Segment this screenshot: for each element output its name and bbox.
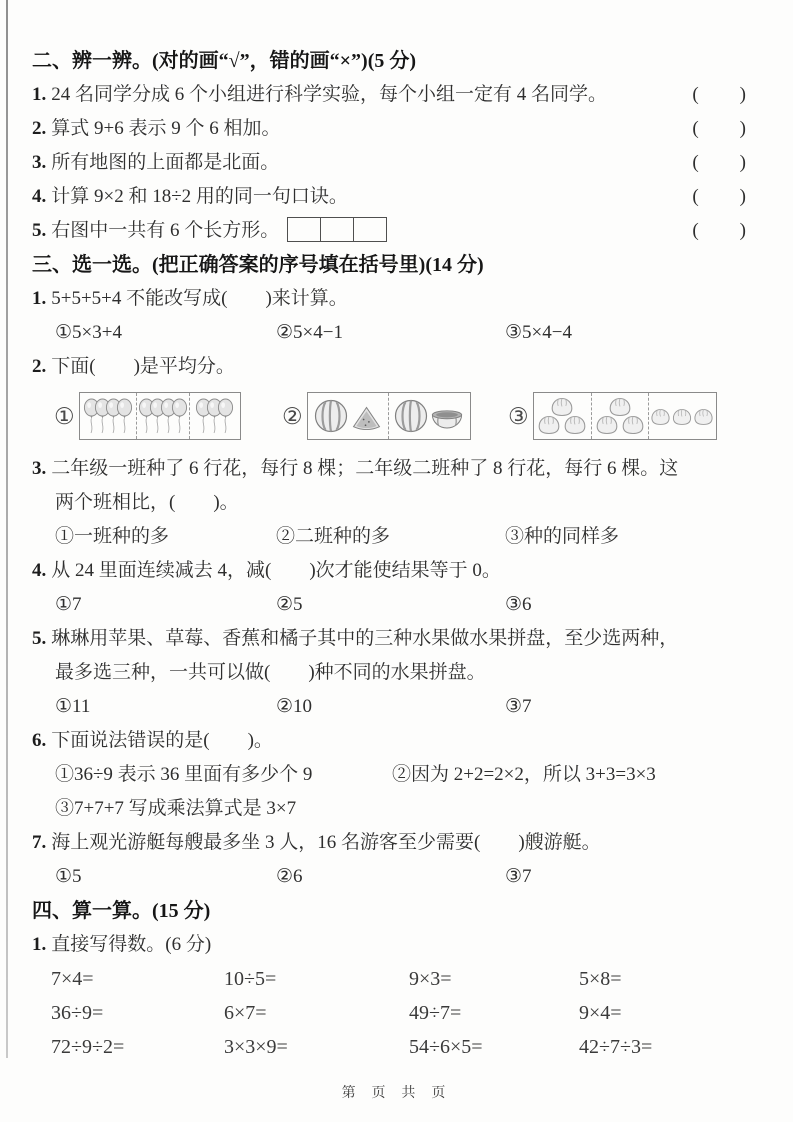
- bun-icon: [674, 410, 691, 425]
- picture-option-2: ②: [282, 392, 471, 440]
- mc-question-4: 4.从 24 里面连续减去 4，减( )次才能使结果等于 0。: [32, 554, 753, 588]
- question-text: 直接写得数。(6 分): [51, 934, 211, 955]
- watermelon-icon: [396, 401, 427, 432]
- mc-question-6: 6.下面说法错误的是( )。: [32, 724, 753, 758]
- question-number: 4.: [32, 560, 46, 581]
- mc-question-5: 5.琳琳用苹果、草莓、香蕉和橘子其中的三种水果做水果拼盘，至少选两种，: [32, 622, 753, 656]
- balloon-icon: [117, 399, 131, 433]
- answer-bracket: ( ): [692, 146, 747, 180]
- worksheet-content: 二、辨一辨。(对的画“√”，错的画“×”)(5 分) 1.24 名同学分成 6 …: [32, 44, 753, 1064]
- rectangles-diagram: [287, 217, 387, 242]
- question-text: 从 24 里面连续减去 4，减( )次才能使结果等于 0。: [51, 560, 501, 581]
- option-label: ①11: [55, 690, 90, 724]
- question-text: 所有地图的上面都是北面。: [51, 152, 279, 173]
- math-problem: 9×3=: [409, 962, 452, 996]
- option-label: ③5×4−4: [505, 316, 572, 350]
- tf-question-2: 2.算式 9+6 表示 9 个 6 相加。 ( ): [32, 112, 753, 146]
- scan-edge-line: [6, 0, 8, 1058]
- question-number: 1.: [32, 934, 46, 955]
- question-text: 5+5+5+4 不能改写成( )来计算。: [51, 288, 348, 309]
- question-number: 1.: [32, 84, 46, 105]
- worksheet-page: 二、辨一辨。(对的画“√”，错的画“×”)(5 分) 1.24 名同学分成 6 …: [0, 0, 793, 1122]
- tf-question-1: 1.24 名同学分成 6 个小组进行科学实验，每个小组一定有 4 名同学。 ( …: [32, 78, 753, 112]
- option-label: ①7: [55, 588, 82, 622]
- option-label: ③7: [505, 860, 532, 894]
- question-number: 2.: [32, 118, 46, 139]
- question-text: 下面说法错误的是( )。: [51, 730, 273, 751]
- question-number: 7.: [32, 832, 46, 853]
- option-label: ②二班种的多: [276, 520, 390, 554]
- picture-option-1: ①: [54, 392, 241, 440]
- option-label: ③7+7+7 写成乘法算式是 3×7: [55, 792, 296, 826]
- mc-question-4-options: ①7 ②5 ③6: [32, 588, 753, 622]
- option-label: ②10: [276, 690, 312, 724]
- option-label: ②5×4−1: [276, 316, 343, 350]
- buns-image: [594, 396, 646, 436]
- option-label: ①5×3+4: [55, 316, 122, 350]
- answer-bracket: ( ): [692, 180, 747, 214]
- bun-icon: [565, 416, 585, 433]
- watermelon-icon: [315, 401, 346, 432]
- page-footer: 第 页 共 页: [0, 1082, 793, 1102]
- buns-image: [536, 396, 588, 436]
- option-label: ①36÷9 表示 36 里面有多少个 9: [55, 758, 312, 792]
- mc-question-7: 7.海上观光游艇每艘最多坐 3 人，16 名游客至少需要( )艘游艇。: [32, 826, 753, 860]
- tf-question-3: 3.所有地图的上面都是北面。 ( ): [32, 146, 753, 180]
- mc-question-1: 1.5+5+5+4 不能改写成( )来计算。: [32, 282, 753, 316]
- bun-icon: [552, 398, 572, 415]
- question-text: 计算 9×2 和 18÷2 用的同一句口诀。: [51, 186, 348, 207]
- tf-question-4: 4.计算 9×2 和 18÷2 用的同一句口诀。 ( ): [32, 180, 753, 214]
- math-problem: 49÷7=: [409, 996, 461, 1030]
- mc-question-3: 3.二年级一班种了 6 行花，每行 8 棵；二年级二班种了 8 行花，每行 6 …: [32, 452, 753, 486]
- tf-question-5: 5.右图中一共有 6 个长方形。 ( ): [32, 214, 753, 248]
- math-problem: 9×4=: [579, 996, 622, 1030]
- question-text: 右图中一共有 6 个长方形。: [51, 220, 279, 241]
- answer-bracket: ( ): [692, 214, 747, 248]
- mc-question-2: 2.下面( )是平均分。: [32, 350, 753, 384]
- question-text: 二年级一班种了 6 行花，每行 8 棵；二年级二班种了 8 行花，每行 6 棵。…: [51, 458, 678, 479]
- math-problem: 6×7=: [224, 996, 267, 1030]
- circled-number: ③: [508, 405, 529, 428]
- option-label: ①一班种的多: [55, 520, 169, 554]
- bun-icon: [623, 416, 643, 433]
- math-row-3: 72÷9÷2= 3×3×9= 54÷6×5= 42÷7÷3=: [32, 1030, 753, 1064]
- math-row-2: 36÷9= 6×7= 49÷7= 9×4=: [32, 996, 753, 1030]
- bun-icon: [610, 398, 630, 415]
- math-problem: 3×3×9=: [224, 1030, 288, 1064]
- buns-picture-box: [533, 392, 717, 440]
- answer-bracket: ( ): [692, 112, 747, 146]
- balloon-icon: [219, 399, 233, 433]
- option-label: ③7: [505, 690, 532, 724]
- watermelon-wedge-icon: [353, 407, 379, 429]
- option-label: ①5: [55, 860, 82, 894]
- mc-question-2-pictures: ①: [32, 384, 753, 452]
- option-label: ②因为 2+2=2×2，所以 3+3=3×3: [392, 758, 656, 792]
- buns-image: [650, 396, 714, 436]
- question-number: 2.: [32, 356, 46, 377]
- math-problem: 36÷9=: [51, 996, 103, 1030]
- question-number: 4.: [32, 186, 46, 207]
- option-label: ②5: [276, 588, 303, 622]
- question-number: 1.: [32, 288, 46, 309]
- bun-icon: [597, 416, 617, 433]
- balloon-icon: [172, 399, 186, 433]
- calc-subheading: 1.直接写得数。(6 分): [32, 928, 753, 962]
- mc-question-6-options-row2: ③7+7+7 写成乘法算式是 3×7: [32, 792, 753, 826]
- question-text: 24 名同学分成 6 个小组进行科学实验，每个小组一定有 4 名同学。: [51, 84, 607, 105]
- section-four-heading: 四、算一算。(15 分): [32, 894, 753, 928]
- mc-question-3-line2: 两个班相比，( )。: [32, 486, 753, 520]
- math-problem: 10÷5=: [224, 962, 276, 996]
- section-three-heading: 三、选一选。(把正确答案的序号填在括号里)(14 分): [32, 248, 753, 282]
- mc-question-5-line2: 最多选三种，一共可以做( )种不同的水果拼盘。: [32, 656, 753, 690]
- watermelon-half-icon: [433, 411, 462, 428]
- question-number: 5.: [32, 220, 46, 241]
- watermelons-picture-box: [307, 392, 471, 440]
- option-label: ②6: [276, 860, 303, 894]
- watermelons-image: [394, 397, 464, 435]
- question-number: 3.: [32, 458, 46, 479]
- picture-option-3: ③: [508, 392, 717, 440]
- balloons-image: [83, 395, 133, 437]
- bun-icon: [539, 416, 559, 433]
- question-text: 两个班相比，( )。: [55, 492, 239, 513]
- balloons-image: [195, 395, 234, 437]
- question-text: 琳琳用苹果、草莓、香蕉和橘子其中的三种水果做水果拼盘，至少选两种，: [51, 628, 678, 649]
- question-text: 最多选三种，一共可以做( )种不同的水果拼盘。: [55, 662, 486, 683]
- math-problem: 42÷7÷3=: [579, 1030, 652, 1064]
- option-label: ③6: [505, 588, 532, 622]
- mc-question-3-options: ①一班种的多 ②二班种的多 ③种的同样多: [32, 520, 753, 554]
- question-text: 海上观光游艇每艘最多坐 3 人，16 名游客至少需要( )艘游艇。: [51, 832, 600, 853]
- mc-question-6-options-row1: ①36÷9 表示 36 里面有多少个 9 ②因为 2+2=2×2，所以 3+3=…: [32, 758, 753, 792]
- watermelons-image: [314, 397, 382, 435]
- question-number: 5.: [32, 628, 46, 649]
- balloons-image: [138, 395, 188, 437]
- circled-number: ①: [54, 405, 75, 428]
- bun-icon: [695, 410, 712, 425]
- question-number: 6.: [32, 730, 46, 751]
- math-problem: 72÷9÷2=: [51, 1030, 124, 1064]
- answer-bracket: ( ): [692, 78, 747, 112]
- circled-number: ②: [282, 405, 303, 428]
- mc-question-1-options: ①5×3+4 ②5×4−1 ③5×4−4: [32, 316, 753, 350]
- question-text: 下面( )是平均分。: [51, 356, 235, 377]
- mc-question-7-options: ①5 ②6 ③7: [32, 860, 753, 894]
- math-problem: 5×8=: [579, 962, 622, 996]
- question-number: 3.: [32, 152, 46, 173]
- math-problem: 7×4=: [51, 962, 94, 996]
- option-label: ③种的同样多: [505, 520, 619, 554]
- math-problem: 54÷6×5=: [409, 1030, 483, 1064]
- mc-question-5-options: ①11 ②10 ③7: [32, 690, 753, 724]
- question-text: 算式 9+6 表示 9 个 6 相加。: [51, 118, 280, 139]
- section-two-heading: 二、辨一辨。(对的画“√”，错的画“×”)(5 分): [32, 44, 753, 78]
- math-row-1: 7×4= 10÷5= 9×3= 5×8=: [32, 962, 753, 996]
- balloons-picture-box: [79, 392, 241, 440]
- bun-icon: [652, 410, 669, 425]
